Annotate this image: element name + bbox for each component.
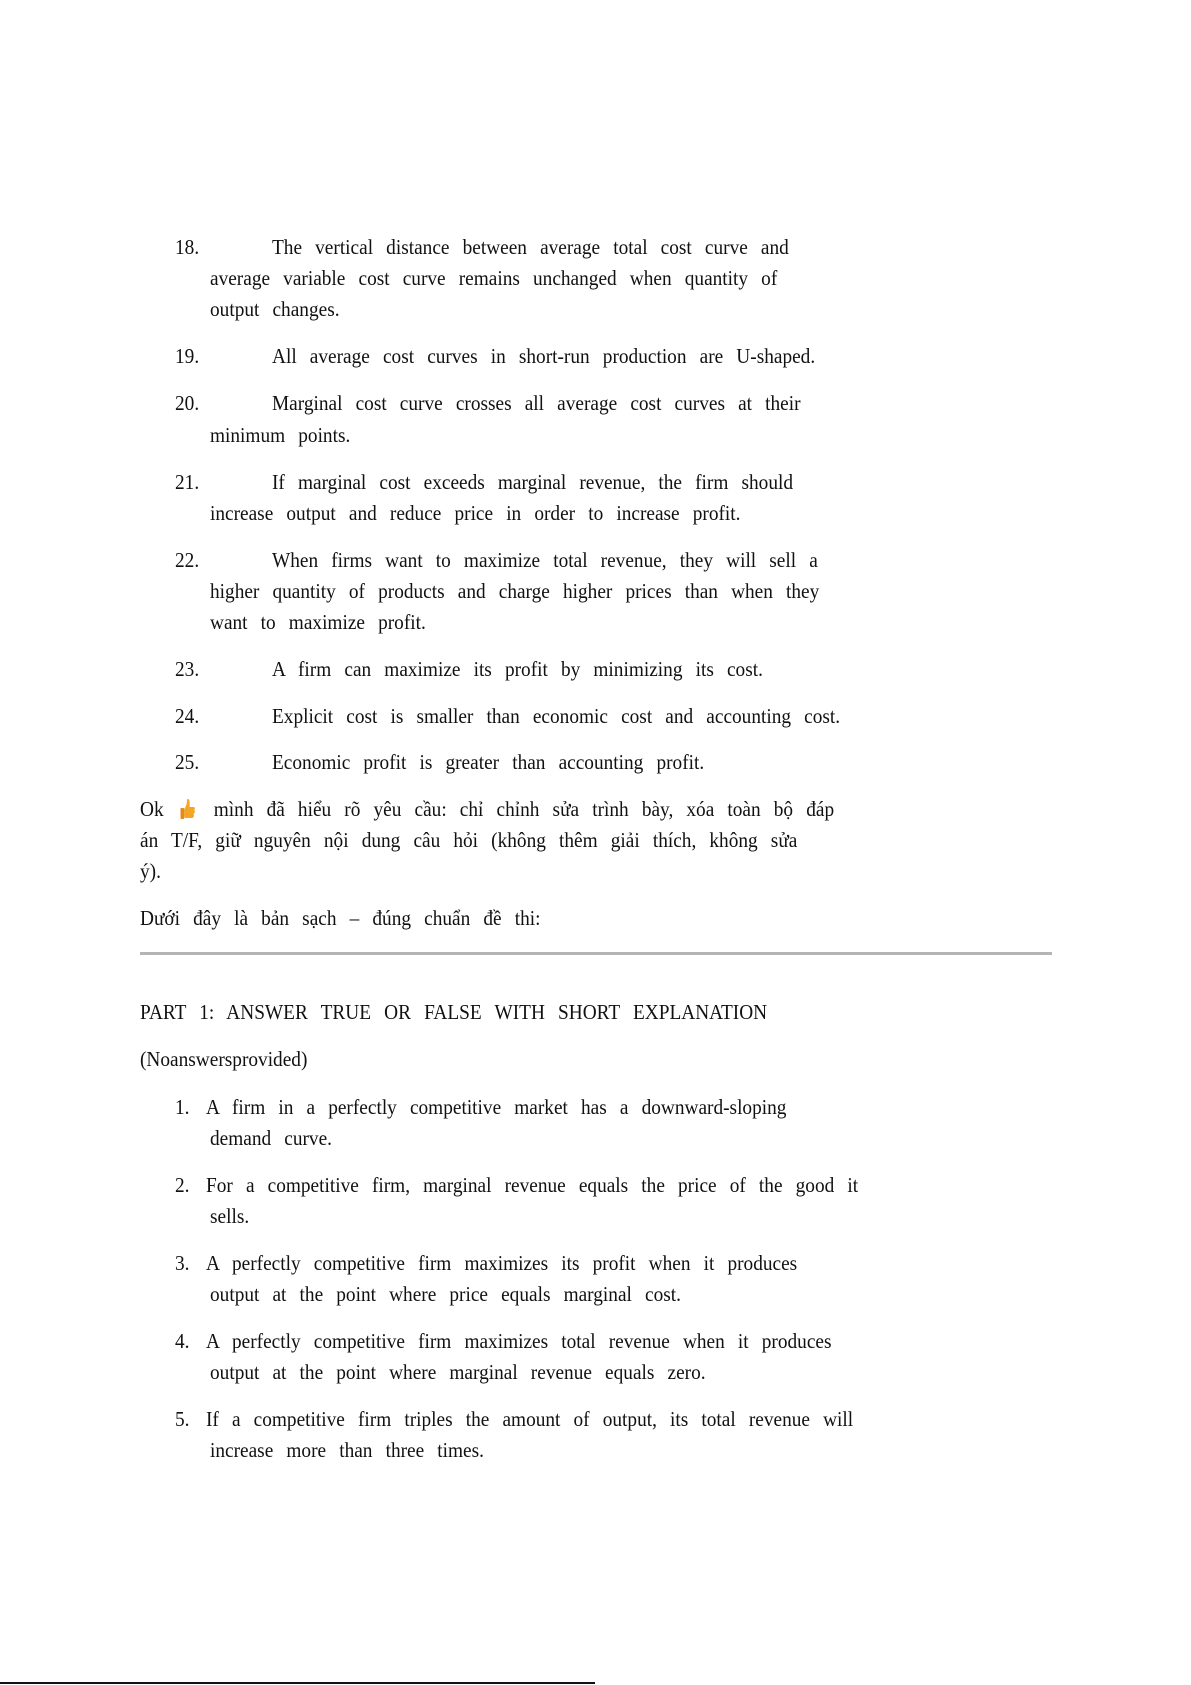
question-number: 19. [175, 342, 199, 370]
question-number: 24. [175, 702, 199, 730]
question-text: All average cost curves in short-run pro… [272, 342, 815, 370]
question-number: 1. [175, 1093, 189, 1121]
question-text: Marginal cost curve crosses all average … [272, 389, 801, 417]
question-text: sells. [210, 1202, 249, 1230]
question-text: output changes. [210, 295, 340, 323]
question-text: Economic profit is greater than accounti… [272, 748, 704, 776]
footnote-separator [0, 1682, 595, 1684]
question-number: 3. [175, 1249, 189, 1277]
question-number: 5. [175, 1405, 189, 1433]
reply-line-3: ý). [140, 857, 161, 885]
question-number: 21. [175, 468, 199, 496]
thumbs-up-icon [180, 798, 197, 820]
question-number: 4. [175, 1327, 189, 1355]
question-text: When firms want to maximize total revenu… [272, 546, 818, 574]
question-text: increase output and reduce price in orde… [210, 499, 740, 527]
question-text: want to maximize profit. [210, 608, 426, 636]
reply-line-1: Ok mình đã hiểu rõ yêu cầu: chỉ chỉnh sử… [140, 795, 834, 823]
question-text: increase more than three times. [210, 1436, 484, 1464]
question-text: average variable cost curve remains unch… [210, 264, 777, 292]
question-text: Explicit cost is smaller than economic c… [272, 702, 840, 730]
question-text: higher quantity of products and charge h… [210, 577, 819, 605]
question-text: minimum points. [210, 421, 350, 449]
question-text: For a competitive firm, marginal revenue… [206, 1171, 858, 1199]
question-text: If marginal cost exceeds marginal revenu… [272, 468, 793, 496]
question-number: 25. [175, 748, 199, 776]
question-text: A perfectly competitive firm maximizes i… [206, 1249, 797, 1277]
question-text: demand curve. [210, 1124, 332, 1152]
reply-intro: Dưới đây là bản sạch – đúng chuẩn đề thi… [140, 904, 541, 932]
question-text: A firm can maximize its profit by minimi… [272, 655, 763, 683]
question-text: output at the point where marginal reven… [210, 1358, 706, 1386]
question-number: 2. [175, 1171, 189, 1199]
section-note: (Noanswersprovided) [140, 1045, 307, 1073]
question-text: A perfectly competitive firm maximizes t… [206, 1327, 831, 1355]
question-text: output at the point where price equals m… [210, 1280, 681, 1308]
horizontal-divider [140, 952, 1052, 955]
question-number: 22. [175, 546, 199, 574]
section-heading: PART 1: ANSWER TRUE OR FALSE WITH SHORT … [140, 998, 767, 1026]
question-text: If a competitive firm triples the amount… [206, 1405, 853, 1433]
question-text: The vertical distance between average to… [272, 233, 789, 261]
question-number: 18. [175, 233, 199, 261]
question-number: 20. [175, 389, 199, 417]
reply-line-2: án T/F, giữ nguyên nội dung câu hỏi (khô… [140, 826, 797, 854]
question-number: 23. [175, 655, 199, 683]
question-text: A firm in a perfectly competitive market… [206, 1093, 786, 1121]
